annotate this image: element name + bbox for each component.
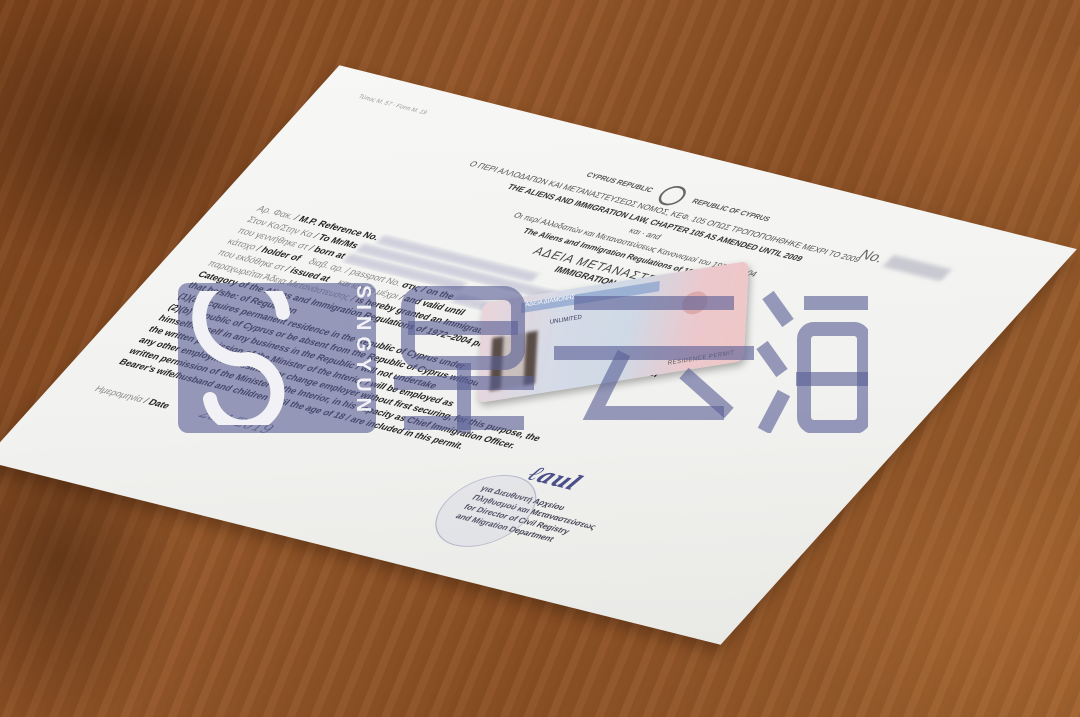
pixelated-portrait-photo (489, 331, 537, 391)
official-stamp-signature: ℓaul για Διευθυντή Αρχείου Πληθυσμού και… (433, 483, 651, 583)
card-crest-icon (681, 290, 708, 317)
handwritten-date: 25/1/2019 (195, 406, 277, 437)
signature-icon: ℓaul (526, 469, 581, 490)
card-validity: UNLIMITED (550, 314, 582, 327)
